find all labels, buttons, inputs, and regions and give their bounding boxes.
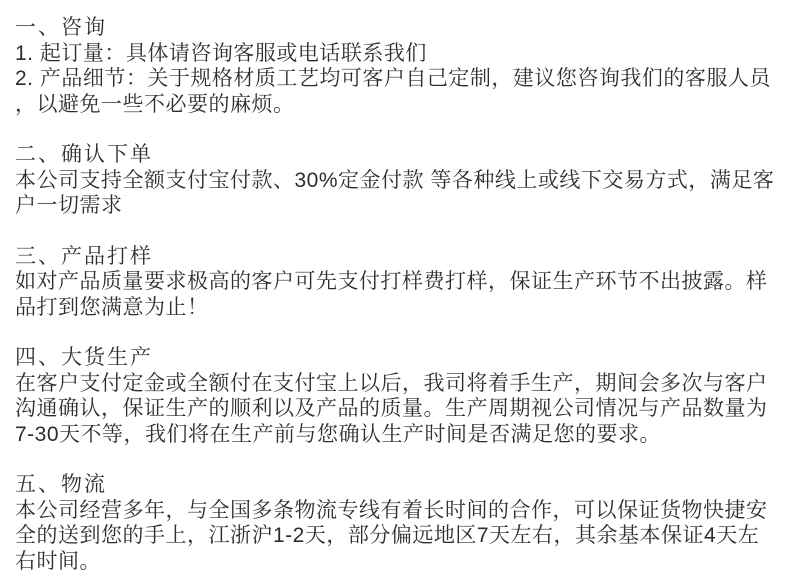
text-line: 如对产品质量要求极高的客户可先支付打样费打样，保证生产环节不出披露。样 (15, 269, 790, 295)
text-line: 户一切需求 (15, 193, 790, 219)
section-heading: 三、产品打样 (15, 244, 790, 270)
section-heading: 四、大货生产 (15, 345, 790, 371)
text-line: 沟通确认，保证生产的顺利以及产品的质量。生产周期视公司情况与产品数量为 (15, 396, 790, 422)
section-heading: 二、确认下单 (15, 142, 790, 168)
text-line: ，以避免一些不必要的麻烦。 (15, 92, 790, 118)
text-line: 1. 起订量：具体请咨询客服或电话联系我们 (15, 41, 790, 67)
text-line: 2. 产品细节：关于规格材质工艺均可客户自己定制，建议您咨询我们的客服人员 (15, 66, 790, 92)
section-logistics: 五、物流 本公司经营多年，与全国多条物流专线有着长时间的合作，可以保证货物快捷安… (15, 472, 790, 574)
text-line: 品打到您满意为止！ (15, 295, 790, 321)
text-line: 在客户支付定金或全额付在支付宝上以后，我司将着手生产，期间会多次与客户 (15, 371, 790, 397)
document-body: 一、咨询 1. 起订量：具体请咨询客服或电话联系我们 2. 产品细节：关于规格材… (0, 0, 800, 574)
text-line: 右时间。 (15, 549, 790, 575)
text-line: 7-30天不等，我们将在生产前与您确认生产时间是否满足您的要求。 (15, 422, 790, 448)
text-line: 本公司支持全额支付宝付款、30%定金付款 等各种线上或线下交易方式，满足客 (15, 168, 790, 194)
section-heading: 五、物流 (15, 472, 790, 498)
section-heading: 一、咨询 (15, 15, 790, 41)
text-line: 全的送到您的手上，江浙沪1-2天，部分偏远地区7天左右，其余基本保证4天左 (15, 523, 790, 549)
section-product-sampling: 三、产品打样 如对产品质量要求极高的客户可先支付打样费打样，保证生产环节不出披露… (15, 244, 790, 321)
text-line: 本公司经营多年，与全国多条物流专线有着长时间的合作，可以保证货物快捷安 (15, 498, 790, 524)
section-consultation: 一、咨询 1. 起订量：具体请咨询客服或电话联系我们 2. 产品细节：关于规格材… (15, 15, 790, 117)
section-confirm-order: 二、确认下单 本公司支持全额支付宝付款、30%定金付款 等各种线上或线下交易方式… (15, 142, 790, 219)
section-bulk-production: 四、大货生产 在客户支付定金或全额付在支付宝上以后，我司将着手生产，期间会多次与… (15, 345, 790, 447)
